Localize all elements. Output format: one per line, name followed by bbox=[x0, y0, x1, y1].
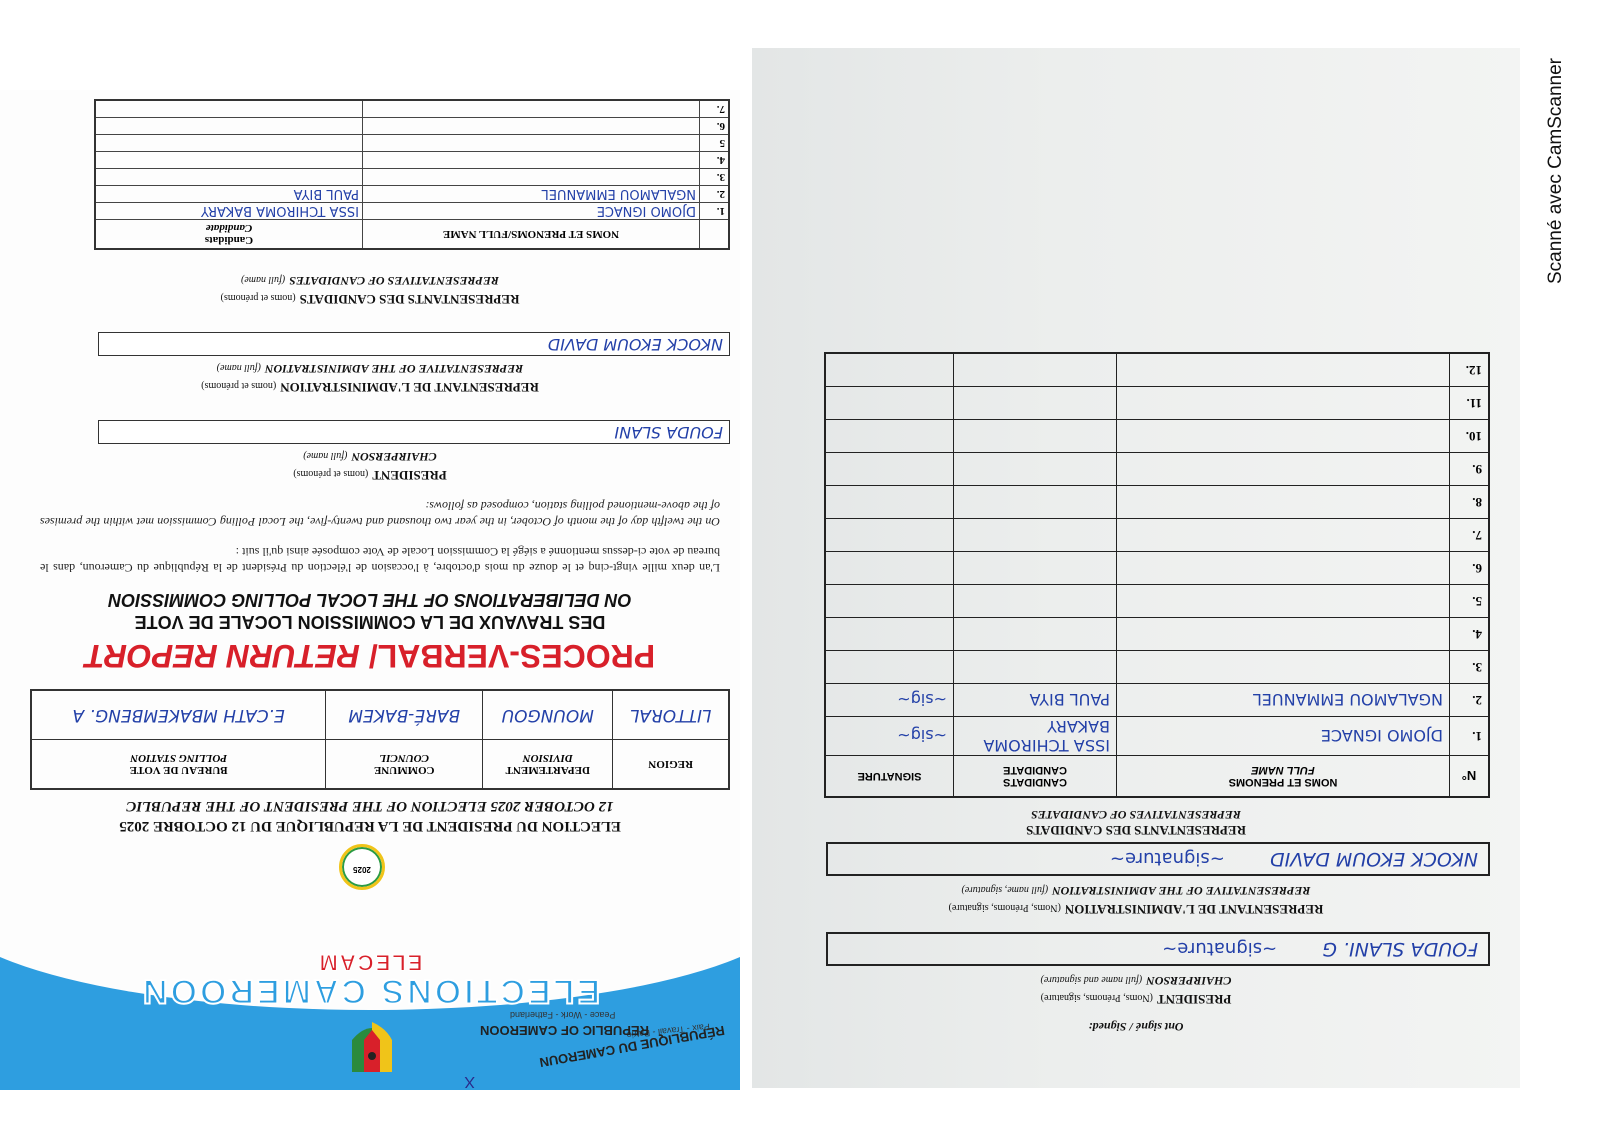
row-number: 12. bbox=[1450, 353, 1490, 387]
candidate-representatives-table: NOMS ET PRENOMS/FULL NAME CandidatsCandi… bbox=[94, 99, 730, 250]
signature-cell[interactable]: ~sig~ bbox=[825, 684, 954, 717]
region-value[interactable]: LITTORAL bbox=[613, 690, 729, 740]
org-name: ELECTIONS CAMEROON bbox=[0, 971, 740, 1010]
candidate-cell[interactable] bbox=[954, 353, 1117, 387]
representative-name-cell[interactable] bbox=[363, 152, 700, 169]
election-title-fr: ELECTION DU PRESIDENT DE LA REPUBLIQUE D… bbox=[0, 817, 740, 834]
row-number: 10. bbox=[1450, 420, 1490, 453]
table-row: 12. bbox=[825, 353, 1489, 387]
representative-name-cell[interactable] bbox=[363, 100, 700, 118]
representative-name-cell[interactable] bbox=[363, 135, 700, 152]
table-row: 5 bbox=[95, 135, 729, 152]
candidate-cell[interactable] bbox=[95, 152, 363, 169]
election-title-en: 12 OCTOBER 2025 ELECTION OF THE PRESIDEN… bbox=[0, 797, 740, 814]
administration-sign-label: REPRESENTANT DE L'ADMINISTRATION (Noms, … bbox=[752, 882, 1520, 918]
candidate-cell[interactable] bbox=[954, 420, 1117, 453]
signature-cell[interactable] bbox=[825, 519, 954, 552]
table-row: 6. bbox=[825, 552, 1489, 585]
col-full-name: NOMS ET PRENOMS/FULL NAME bbox=[363, 220, 700, 250]
table-row: 2.NGALAMOU EMMANUELPAUL BIYA bbox=[95, 186, 729, 203]
candidate-cell[interactable]: ISSA TCHIROMA BAKARY bbox=[954, 717, 1117, 756]
representative-name-cell[interactable]: DJOMO IGNACE bbox=[363, 203, 700, 220]
row-number: 4. bbox=[700, 152, 730, 169]
signature-cell[interactable] bbox=[825, 353, 954, 387]
region-header: REGION bbox=[613, 740, 729, 790]
republic-en: REPUBLIC OF CAMEROON bbox=[480, 1023, 649, 1038]
representative-name-cell[interactable] bbox=[363, 169, 700, 186]
representative-name-cell[interactable] bbox=[1117, 453, 1450, 486]
table-row: 10. bbox=[825, 420, 1489, 453]
election-seal-icon: 2025 bbox=[339, 844, 385, 890]
row-number: 3. bbox=[1450, 651, 1490, 684]
signature-cell[interactable] bbox=[825, 453, 954, 486]
row-number: 7. bbox=[700, 100, 730, 118]
location-table: REGION DEPARTEMENTDIVISION COMMUNECOUNCI… bbox=[30, 689, 730, 790]
candidate-cell[interactable] bbox=[954, 519, 1117, 552]
representative-name-cell[interactable] bbox=[1117, 387, 1450, 420]
polling-station-header: BUREAU DE VOTEPOLLING STATION bbox=[31, 740, 326, 790]
candidates-label: REPRESENTANTS DES CANDIDATS (noms et pré… bbox=[0, 272, 740, 308]
candidates-sign-label: REPRESENTANTS DES CANDIDATS REPRESENTATI… bbox=[752, 807, 1520, 838]
table-row: 11. bbox=[825, 387, 1489, 420]
candidate-cell[interactable] bbox=[954, 387, 1117, 420]
president-name-field[interactable]: FOUDA SLANI bbox=[98, 420, 730, 444]
signature-cell[interactable] bbox=[825, 618, 954, 651]
org-acronym: ELECAM bbox=[0, 950, 740, 975]
table-row: 1.DJOMO IGNACEISSA TCHIROMA BAKARY~sig~ bbox=[825, 717, 1489, 756]
candidate-cell[interactable] bbox=[954, 618, 1117, 651]
representative-name-cell[interactable] bbox=[1117, 420, 1450, 453]
candidate-cell[interactable]: ISSA TCHIROMA BAKARY bbox=[95, 203, 363, 220]
table-row: 4. bbox=[825, 618, 1489, 651]
intro-paragraph-en: On the twelfth day of the month of Octob… bbox=[40, 498, 720, 530]
report-subtitle-fr: DES TRAVAUX DE LA COMMISSION LOCALE DE V… bbox=[0, 611, 740, 632]
row-number: 2. bbox=[1450, 684, 1490, 717]
right-page: Ont signé / Signed: PRESIDENT (Noms, Pré… bbox=[752, 48, 1520, 1088]
row-number: 2. bbox=[700, 186, 730, 203]
col-signature: SIGNATURE bbox=[825, 756, 954, 798]
table-row: 7. bbox=[95, 100, 729, 118]
representative-name-cell[interactable] bbox=[1117, 519, 1450, 552]
representative-name-cell[interactable]: NGALAMOU EMMANUEL bbox=[363, 186, 700, 203]
president-sign-field[interactable]: FOUDA SLANI. G ~signature~ bbox=[826, 932, 1490, 966]
division-value[interactable]: MOUNGOU bbox=[483, 690, 613, 740]
table-row: 7. bbox=[825, 519, 1489, 552]
handwritten-x: X bbox=[464, 1072, 475, 1090]
candidate-cell[interactable] bbox=[954, 486, 1117, 519]
col-candidate: CANDIDATSCANDIDATE bbox=[954, 756, 1117, 798]
signature-cell[interactable]: ~sig~ bbox=[825, 717, 954, 756]
table-row: 5. bbox=[825, 585, 1489, 618]
col-full-name: NOMS ET PRENOMSFULL NAME bbox=[1117, 756, 1450, 798]
coat-of-arms-icon bbox=[344, 1014, 400, 1080]
intro-paragraph-fr: L'an deux mille vingt-cinq et le douze d… bbox=[40, 544, 720, 576]
candidate-cell[interactable] bbox=[954, 552, 1117, 585]
president-label: PRESIDENT (noms et prénoms) CHAIRPERSON … bbox=[0, 448, 740, 484]
polling-station-value[interactable]: E.CATH MBAKEMBENG. A bbox=[31, 690, 326, 740]
signature-cell[interactable] bbox=[825, 651, 954, 684]
row-number: 5. bbox=[1450, 585, 1490, 618]
left-page: RÉPUBLIQUE DU CAMEROUN Paix - Travail - … bbox=[0, 90, 740, 1090]
report-title: PROCES-VERBAL/ RETURN REPORT bbox=[0, 637, 740, 674]
administration-label: REPRESENTANT DE L'ADMINISTRATION (noms e… bbox=[0, 360, 740, 396]
representative-name-cell[interactable] bbox=[1117, 585, 1450, 618]
col-candidate: CandidatsCandidate bbox=[95, 220, 363, 250]
candidate-cell[interactable]: PAUL BIYA bbox=[954, 684, 1117, 717]
administration-name-field[interactable]: NKOCK EKOUM DAVID bbox=[98, 332, 730, 356]
president-sign-label: PRESIDENT (Noms, Prénoms, signature) CHA… bbox=[752, 972, 1520, 1008]
administration-signature: ~signature~ bbox=[1110, 848, 1225, 869]
representative-name-cell[interactable] bbox=[1117, 651, 1450, 684]
division-header: DEPARTEMENTDIVISION bbox=[483, 740, 613, 790]
representative-name-cell[interactable]: NGALAMOU EMMANUEL bbox=[1117, 684, 1450, 717]
representative-name-cell[interactable] bbox=[1117, 353, 1450, 387]
representative-name-cell[interactable]: DJOMO IGNACE bbox=[1117, 717, 1450, 756]
row-number: 6. bbox=[1450, 552, 1490, 585]
representative-name-cell[interactable] bbox=[1117, 552, 1450, 585]
candidate-cell[interactable] bbox=[954, 585, 1117, 618]
row-number: 1. bbox=[700, 203, 730, 220]
row-number: 11. bbox=[1450, 387, 1490, 420]
row-number: 6. bbox=[700, 118, 730, 135]
row-number: 9. bbox=[1450, 453, 1490, 486]
motto-en: Peace - Work - Fatherland bbox=[510, 1010, 615, 1020]
administration-sign-field[interactable]: NKOCK EKOUM DAVID ~signature~ bbox=[826, 842, 1490, 876]
council-header: COMMUNECOUNCIL bbox=[326, 740, 483, 790]
signature-cell[interactable] bbox=[825, 420, 954, 453]
table-row: 4. bbox=[95, 152, 729, 169]
candidate-cell[interactable] bbox=[95, 100, 363, 118]
candidate-signatures-table: N° NOMS ET PRENOMSFULL NAME CANDIDATSCAN… bbox=[824, 352, 1490, 798]
council-value[interactable]: BARÉ-BAKEM bbox=[326, 690, 483, 740]
representative-name-cell[interactable] bbox=[1117, 618, 1450, 651]
table-row: 3. bbox=[95, 169, 729, 186]
row-number: 4. bbox=[1450, 618, 1490, 651]
row-number: 1. bbox=[1450, 717, 1490, 756]
candidate-cell[interactable] bbox=[95, 169, 363, 186]
row-number: 7. bbox=[1450, 519, 1490, 552]
col-num: N° bbox=[1450, 756, 1490, 798]
camscanner-watermark: Scanné avec CamScanner bbox=[1536, 30, 1556, 310]
signature-cell[interactable] bbox=[825, 552, 954, 585]
candidate-cell[interactable] bbox=[954, 453, 1117, 486]
table-row: 9. bbox=[825, 453, 1489, 486]
candidate-cell[interactable] bbox=[95, 118, 363, 135]
row-number: 5 bbox=[700, 135, 730, 152]
elecam-banner: RÉPUBLIQUE DU CAMEROUN Paix - Travail - … bbox=[0, 950, 740, 1090]
table-row: 2.NGALAMOU EMMANUELPAUL BIYA~sig~ bbox=[825, 684, 1489, 717]
representative-name-cell[interactable] bbox=[363, 118, 700, 135]
row-number: 8. bbox=[1450, 486, 1490, 519]
report-subtitle-en: ON DELIBERATIONS OF THE LOCAL POLLING CO… bbox=[0, 589, 740, 610]
signed-label: Ont signé / Signed: bbox=[752, 1019, 1520, 1034]
table-row: 1.DJOMO IGNACEISSA TCHIROMA BAKARY bbox=[95, 203, 729, 220]
signature-cell[interactable] bbox=[825, 585, 954, 618]
president-signature: ~signature~ bbox=[1162, 938, 1277, 959]
table-row: 3. bbox=[825, 651, 1489, 684]
representative-name-cell[interactable] bbox=[1117, 486, 1450, 519]
candidate-cell[interactable] bbox=[95, 135, 363, 152]
signature-cell[interactable] bbox=[825, 387, 954, 420]
candidate-cell[interactable]: PAUL BIYA bbox=[95, 186, 363, 203]
signature-cell[interactable] bbox=[825, 486, 954, 519]
table-row: 6. bbox=[95, 118, 729, 135]
candidate-cell[interactable] bbox=[954, 651, 1117, 684]
table-row: 8. bbox=[825, 486, 1489, 519]
row-number: 3. bbox=[700, 169, 730, 186]
